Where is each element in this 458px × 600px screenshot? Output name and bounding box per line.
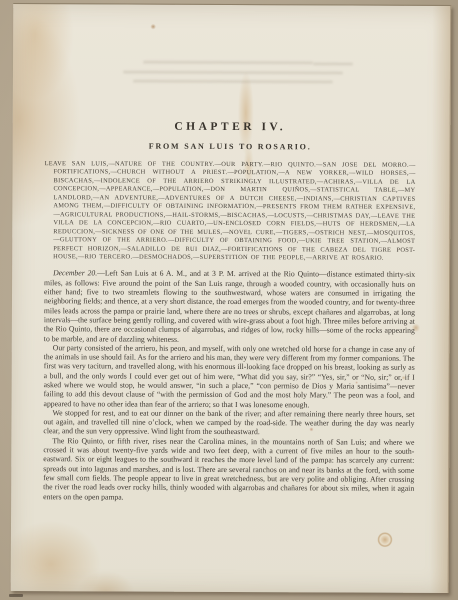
body-paragraph: The Rio Quinto, or fifth river, rises ne… [43, 436, 414, 503]
paragraph-text: Our party consisted of the arriero, his … [44, 343, 415, 409]
chapter-heading: CHAPTER IV. [45, 120, 416, 134]
body-paragraph: December 20.—Left San Luis at 6 A. M., a… [44, 269, 415, 345]
page-content: CHAPTER IV. FROM SAN LUIS TO ROSARIO. LE… [43, 4, 416, 502]
date-lead: December 20. [53, 269, 97, 278]
body-paragraph: We stopped for rest, and to eat our dinn… [43, 408, 414, 438]
body-text: December 20.—Left San Luis at 6 A. M., a… [43, 269, 415, 503]
paragraph-text: The Rio Quinto, or fifth river, rises ne… [43, 436, 414, 501]
chapter-synopsis: LEAVE SAN LUIS,—NATURE OF THE COUNTRY.—O… [44, 160, 415, 263]
mat-mark [9, 594, 23, 597]
chapter-subtitle: FROM SAN LUIS TO ROSARIO. [45, 141, 416, 152]
paragraph-text: —Left San Luis at 6 A. M., and at 3 P. M… [44, 269, 415, 343]
book-page: CHAPTER IV. FROM SAN LUIS TO ROSARIO. LE… [11, 3, 452, 593]
paragraph-text: We stopped for rest, and to eat our dinn… [43, 408, 414, 436]
body-paragraph: Our party consisted of the arriero, his … [44, 343, 415, 410]
